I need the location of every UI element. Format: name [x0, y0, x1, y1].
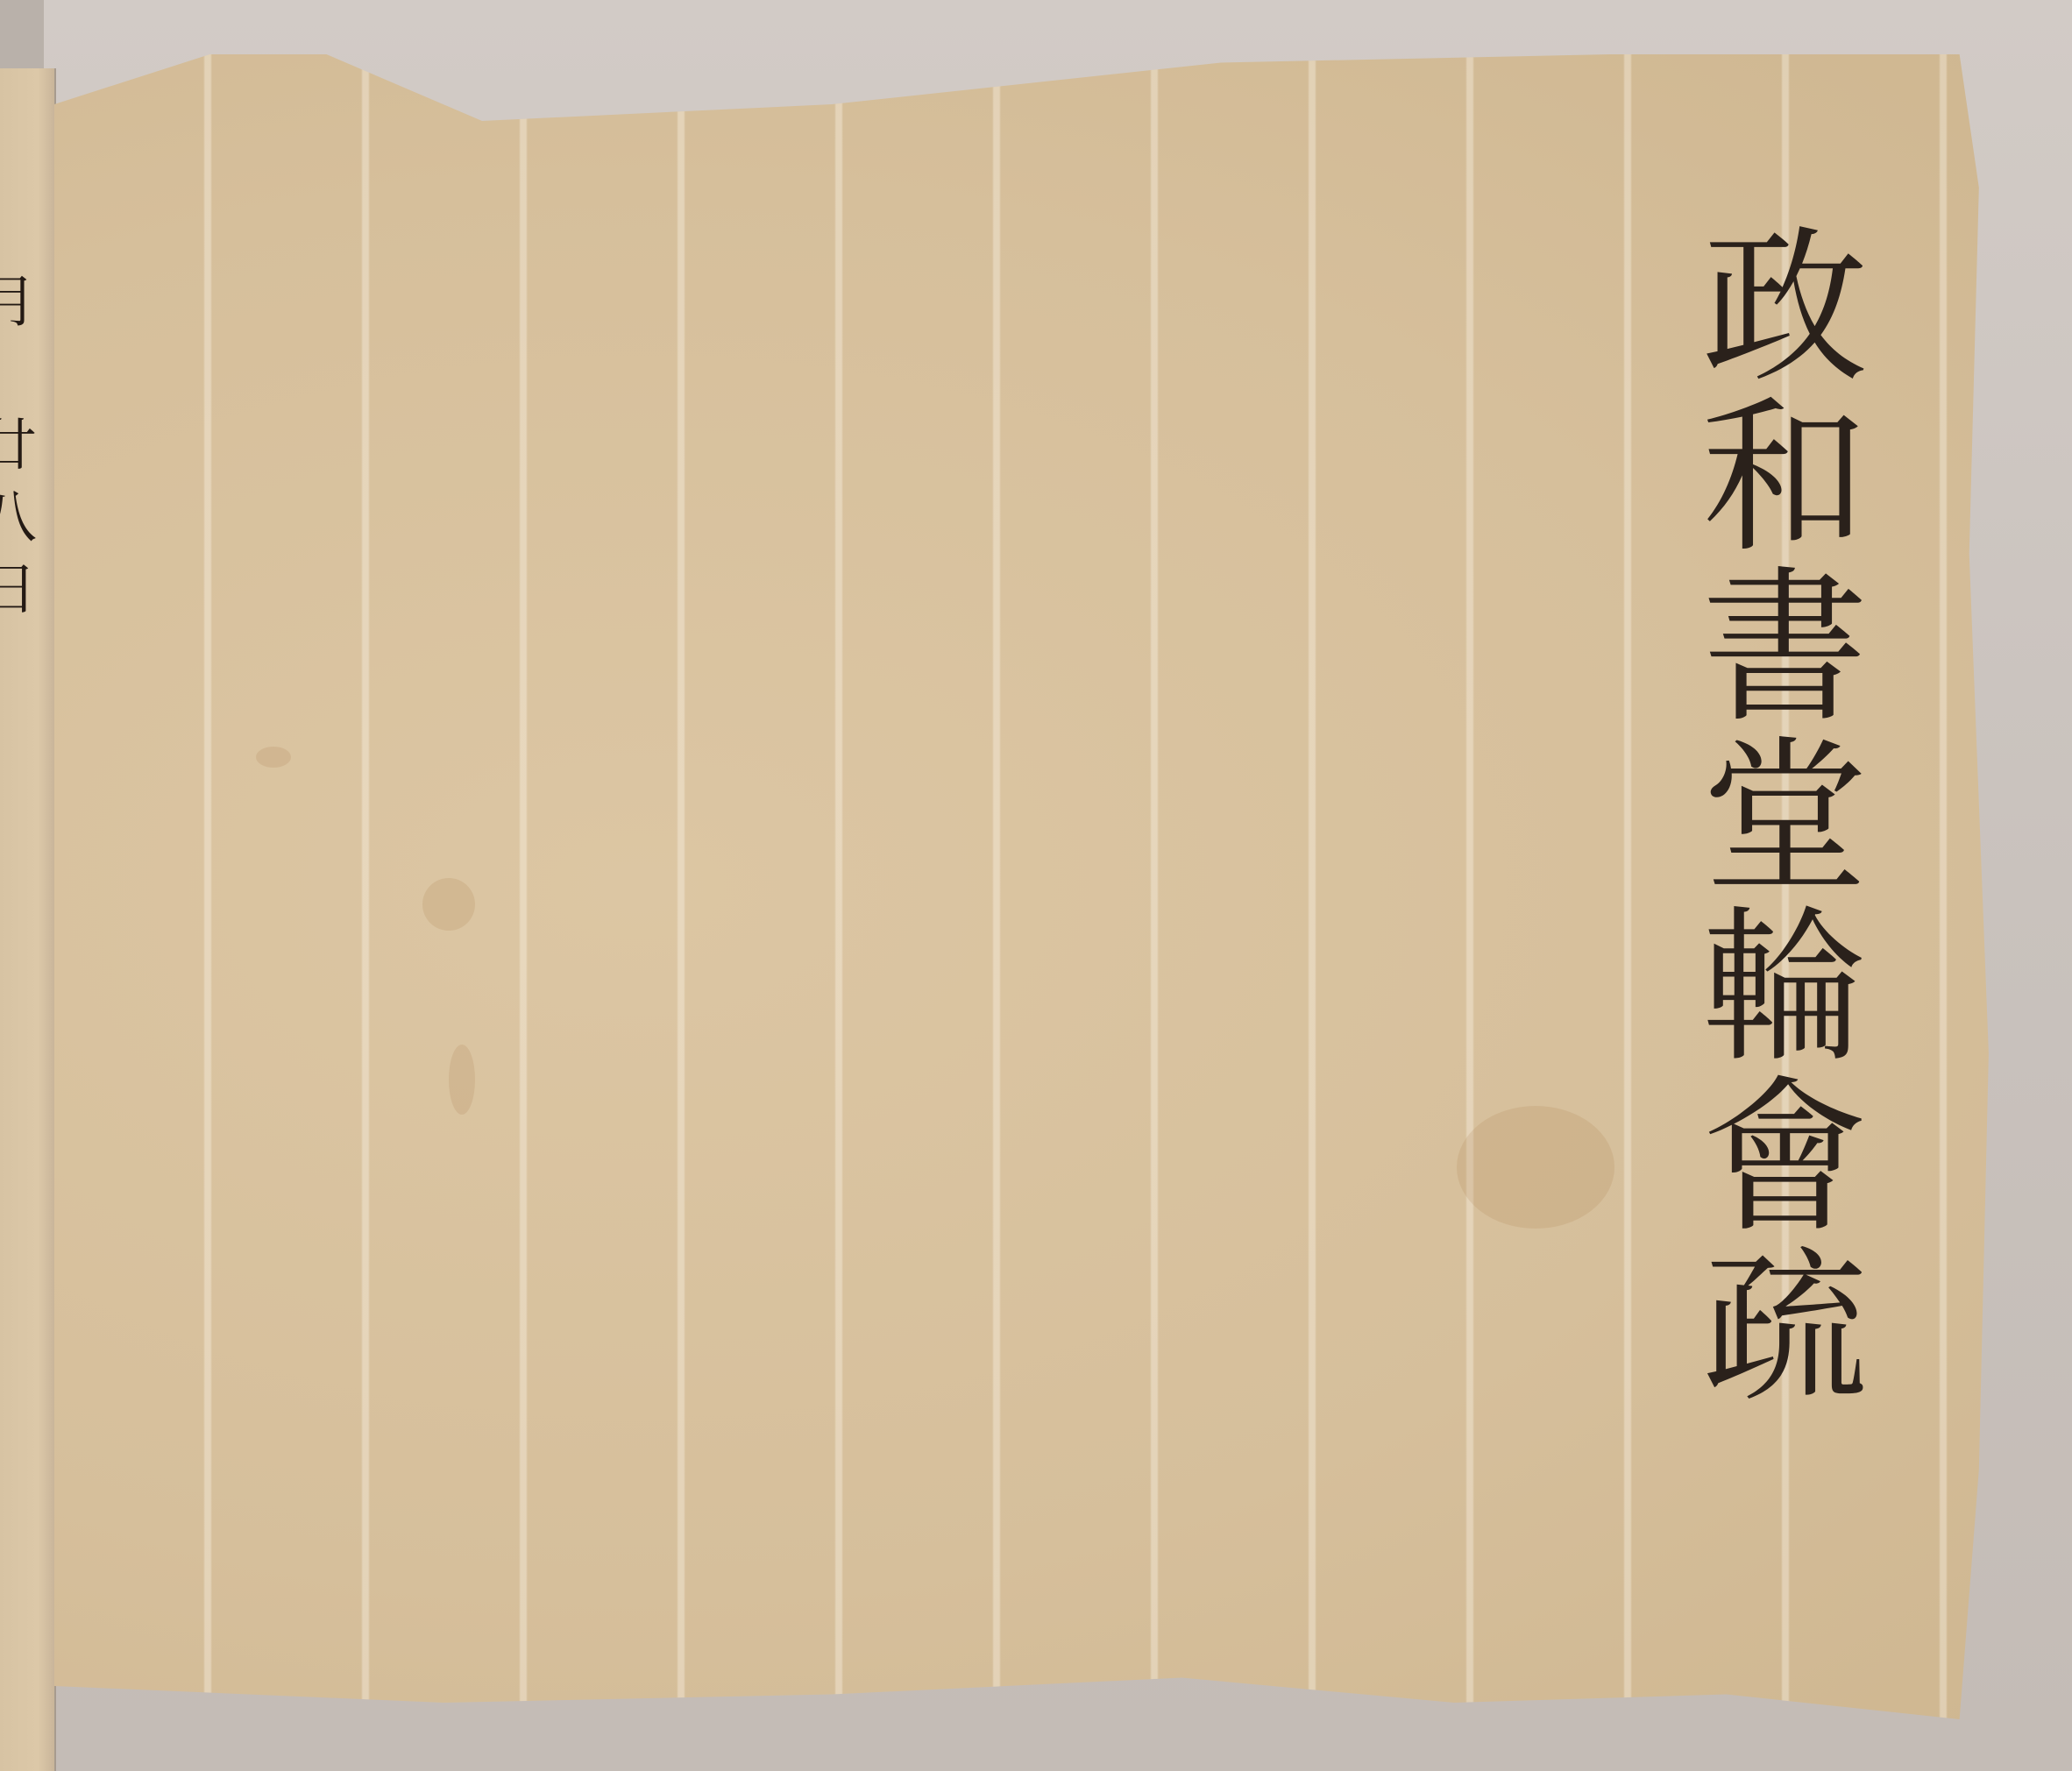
document-title: 政和書堂輪會疏	[1657, 219, 1884, 1534]
left-fragment-text: …月…廿八日	[0, 200, 32, 631]
stain	[422, 878, 475, 931]
stain	[256, 747, 291, 768]
stain	[449, 1045, 475, 1115]
stain	[1457, 1106, 1614, 1229]
left-adjacent-sheet: …月…廿八日	[0, 68, 56, 1771]
